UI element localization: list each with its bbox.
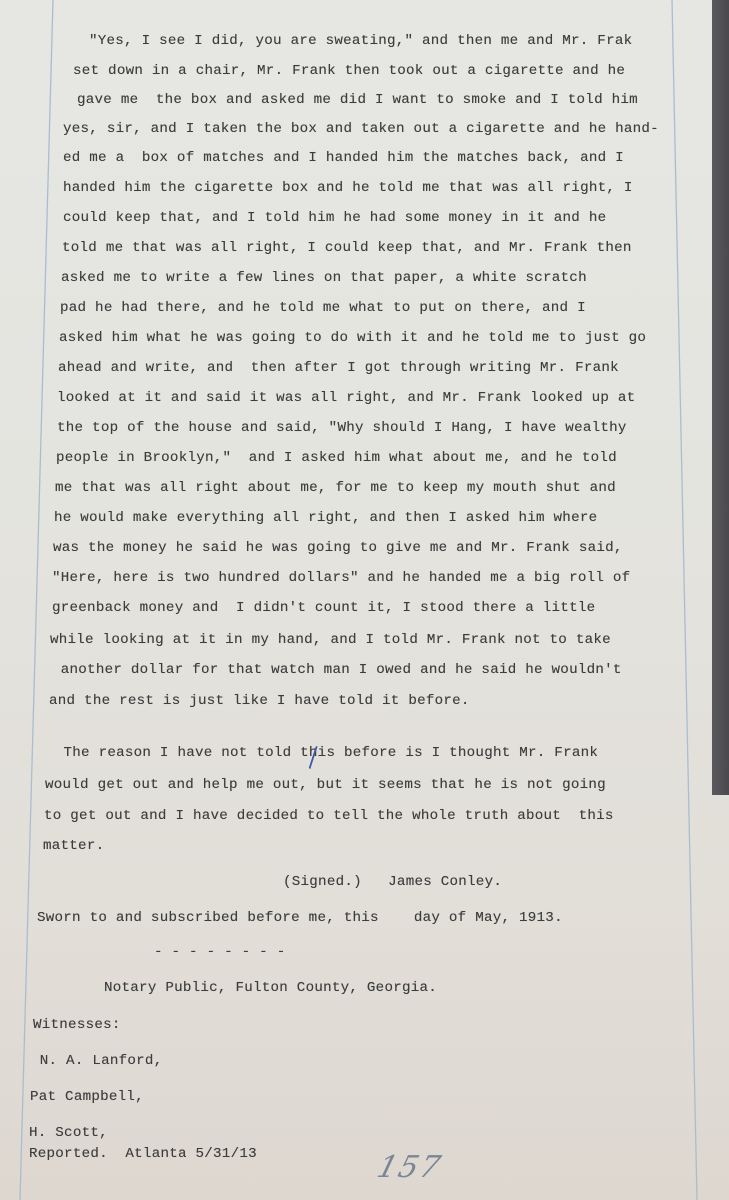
document-line: asked me to write a few lines on that pa… [61,270,587,286]
signature-dashes: - - - - - - - - [154,944,285,960]
document-line: "Here, here is two hundred dollars" and … [52,570,630,586]
witness-name: H. Scott, [29,1125,108,1141]
document-line: another dollar for that watch man I owed… [52,662,622,678]
document-line: told me that was all right, I could keep… [62,240,632,256]
document-line: would get out and help me out, but it se… [45,777,606,793]
reported-line: Reported. Atlanta 5/31/13 [29,1146,257,1162]
document-line: to get out and I have decided to tell th… [44,808,614,824]
document-line: me that was all right about me, for me t… [55,480,616,496]
document-line: looked at it and said it was all right, … [57,390,635,406]
witnesses-label: Witnesses: [33,1017,121,1033]
document-line: greenback money and I didn't count it, I… [52,600,595,616]
document-line: asked him what he was going to do with i… [59,330,646,346]
typed-document-page: "Yes, I see I did, you are sweating," an… [0,0,729,1200]
document-line: ed me a box of matches and I handed him … [63,150,624,166]
document-line: people in Brooklyn," and I asked him wha… [56,450,617,466]
document-line: gave me the box and asked me did I want … [77,92,638,108]
witness-name: N. A. Lanford, [31,1053,162,1069]
document-line: while looking at it in my hand, and I to… [50,632,611,648]
witness-name: Pat Campbell, [30,1089,144,1105]
document-line: ahead and write, and then after I got th… [58,360,619,376]
sworn-statement: Sworn to and subscribed before me, this … [37,910,563,926]
document-line: could keep that, and I told him he had s… [63,210,606,226]
document-line: set down in a chair, Mr. Frank then took… [73,63,625,79]
handwritten-page-number: 157 [373,1150,446,1185]
document-line: yes, sir, and I taken the box and taken … [63,121,659,137]
document-line: the top of the house and said, "Why shou… [57,420,627,436]
document-line: he would make everything all right, and … [54,510,597,526]
document-line: The reason I have not told this before i… [46,745,598,761]
document-line: pad he had there, and he told me what to… [60,300,586,316]
document-line: and the rest is just like I have told it… [49,693,470,709]
document-line: matter. [43,838,104,854]
document-line: was the money he said he was going to gi… [53,540,623,556]
signature-line: (Signed.) James Conley. [283,874,502,890]
document-line: handed him the cigarette box and he told… [63,180,633,196]
notary-line: Notary Public, Fulton County, Georgia. [104,980,437,996]
document-line: "Yes, I see I did, you are sweating," an… [89,33,632,49]
